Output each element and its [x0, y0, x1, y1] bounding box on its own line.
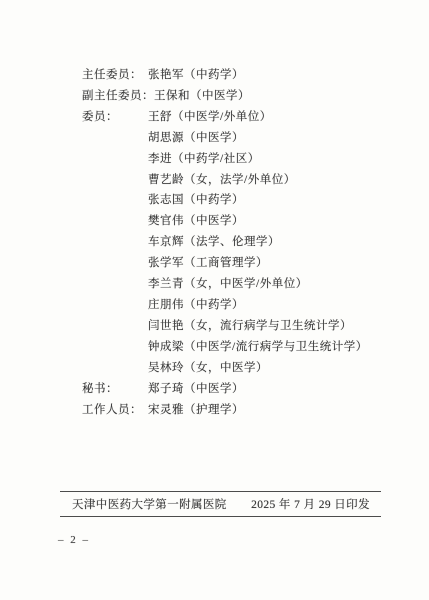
member-entry: 闫世艳（女，流行病学与卫生统计学）: [148, 316, 409, 337]
role-label: 工作人员：: [82, 400, 148, 421]
member-entry: 车京辉（法学、伦理学）: [148, 232, 409, 253]
member-entry: 宋灵雅（护理学）: [148, 400, 409, 421]
roster-row: 樊官伟（中医学）: [82, 211, 409, 232]
roster-row: 委员： 王舒（中医学/外单位）: [82, 107, 409, 128]
roster-row: 秘书： 郑子琦（中医学）: [82, 379, 409, 400]
member-entry: 樊官伟（中医学）: [148, 211, 409, 232]
roster-row: 工作人员： 宋灵雅（护理学）: [82, 400, 409, 421]
member-entry: 张志国（中药学）: [148, 190, 409, 211]
member-entry: 张艳军（中药学）: [148, 65, 409, 86]
roster-row: 曹艺龄（女，法学/外单位）: [82, 170, 409, 191]
issuing-organization: 天津中医药大学第一附属医院: [72, 496, 227, 512]
role-label: 副主任委员：: [82, 86, 154, 107]
member-entry: 李兰青（女，中医学/外单位）: [148, 274, 409, 295]
roster-row: 闫世艳（女，流行病学与卫生统计学）: [82, 316, 409, 337]
member-entry: 王舒（中医学/外单位）: [148, 107, 409, 128]
member-entry: 庄朋伟（中药学）: [148, 295, 409, 316]
member-entry: 郑子琦（中医学）: [148, 379, 409, 400]
committee-roster: 主任委员： 张艳军（中药学） 副主任委员： 王保和（中医学） 委员： 王舒（中医…: [82, 65, 409, 420]
member-entry: 张学军（工商管理学）: [148, 253, 409, 274]
member-entry: 曹艺龄（女，法学/外单位）: [148, 170, 409, 191]
role-label: 委员：: [82, 107, 148, 128]
page-number: – 2 –: [58, 534, 90, 546]
roster-row: 钟成梁（中医学/流行病学与卫生统计学）: [82, 337, 409, 358]
member-entry: 钟成梁（中医学/流行病学与卫生统计学）: [148, 337, 409, 358]
roster-row: 庄朋伟（中药学）: [82, 295, 409, 316]
member-entry: 吴林玲（女，中医学）: [148, 358, 409, 379]
roster-row: 张学军（工商管理学）: [82, 253, 409, 274]
role-label: 主任委员：: [82, 65, 148, 86]
roster-row: 吴林玲（女，中医学）: [82, 358, 409, 379]
issuance-footer: 天津中医药大学第一附属医院 2025 年 7 月 29 日印发: [60, 491, 381, 517]
roster-row: 车京辉（法学、伦理学）: [82, 232, 409, 253]
roster-row: 张志国（中药学）: [82, 190, 409, 211]
roster-row: 副主任委员： 王保和（中医学）: [82, 86, 409, 107]
role-label: 秘书：: [82, 379, 148, 400]
member-entry: 李进（中药学/社区）: [148, 149, 409, 170]
roster-row: 胡思源（中医学）: [82, 128, 409, 149]
roster-row: 主任委员： 张艳军（中药学）: [82, 65, 409, 86]
roster-row: 李兰青（女，中医学/外单位）: [82, 274, 409, 295]
roster-row: 李进（中药学/社区）: [82, 149, 409, 170]
member-entry: 胡思源（中医学）: [148, 128, 409, 149]
print-date: 2025 年 7 月 29 日印发: [251, 496, 370, 512]
member-entry: 王保和（中医学）: [154, 86, 409, 107]
document-page: 主任委员： 张艳军（中药学） 副主任委员： 王保和（中医学） 委员： 王舒（中医…: [0, 0, 429, 600]
